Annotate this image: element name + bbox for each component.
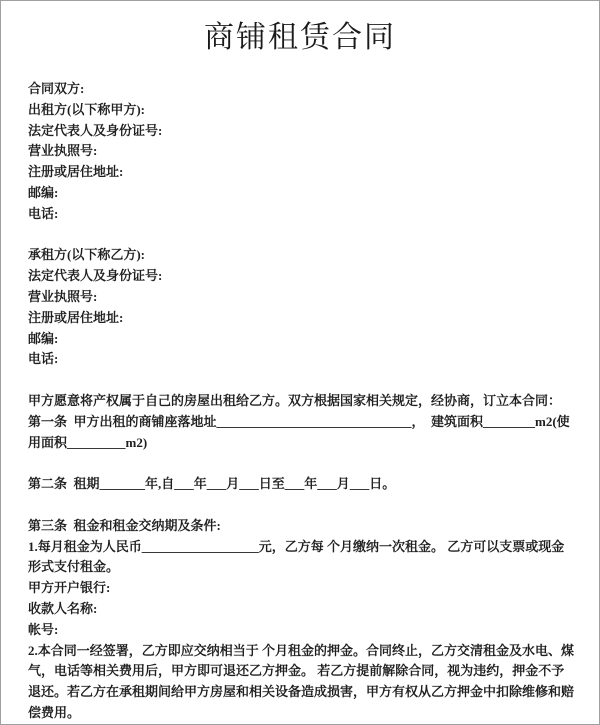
contract-document: 商铺租赁合同 合同双方:出租方(以下称甲方):法定代表人及身份证号:营业执照号:… <box>0 0 600 725</box>
document-line: 甲方愿意将产权属于自己的房屋出租给乙方。双方根据国家相关规定，经协商，订立本合同… <box>28 391 574 412</box>
document-line: 1.每月租金为人民币__________________元，乙方每 个月缴纳一次… <box>28 537 574 579</box>
document-body: 合同双方:出租方(以下称甲方):法定代表人及身份证号:营业执照号:注册或居住地址… <box>28 79 574 724</box>
document-line: 第三条 租金和租金交纳期及条件: <box>28 516 574 537</box>
document-line: 电话: <box>28 349 574 370</box>
document-line: 帐号: <box>28 620 574 641</box>
document-line: 甲方开户银行: <box>28 578 574 599</box>
document-line: 承租方(以下称乙方): <box>28 245 574 266</box>
blank-line <box>28 370 574 391</box>
document-line: 收款人名称: <box>28 599 574 620</box>
document-line: 邮编: <box>28 183 574 204</box>
document-line: 合同双方: <box>28 79 574 100</box>
blank-line <box>28 225 574 246</box>
document-line: 电话: <box>28 204 574 225</box>
document-line: 邮编: <box>28 329 574 350</box>
document-line: 第二条 租期_______年,自___年___月___日至___年___月___… <box>28 474 574 495</box>
document-line: 营业执照号: <box>28 141 574 162</box>
document-line: 法定代表人及身份证号: <box>28 121 574 142</box>
document-line: 注册或居住地址: <box>28 162 574 183</box>
document-line: 2.本合同一经签署，乙方即应交纳相当于 个月租金的押金。合同终止，乙方交清租金及… <box>28 641 574 724</box>
document-line: 注册或居住地址: <box>28 308 574 329</box>
document-title: 商铺租赁合同 <box>28 19 572 57</box>
document-line: 法定代表人及身份证号: <box>28 266 574 287</box>
blank-line <box>28 495 574 516</box>
document-line: 营业执照号: <box>28 287 574 308</box>
document-line: 出租方(以下称甲方): <box>28 100 574 121</box>
document-line: 第一条 甲方出租的商铺座落地址_________________________… <box>28 412 574 454</box>
blank-line <box>28 453 574 474</box>
